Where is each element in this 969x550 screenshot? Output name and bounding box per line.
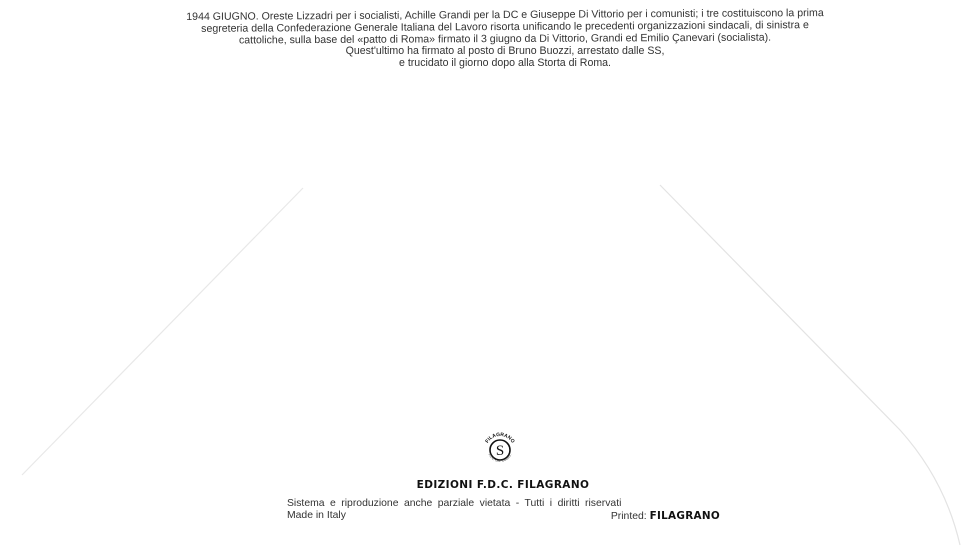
logo-letter: S (496, 443, 504, 459)
printed-brand: FILAGRANO (650, 510, 720, 522)
printed-by: Printed: FILAGRANO (611, 510, 720, 522)
caption-line: Quest'ultimo ha firmato al posto di Brun… (110, 45, 900, 57)
made-in-label: Made in Italy (287, 510, 346, 521)
rights-notice: Sistema e riproduzione anche parziale vi… (287, 498, 720, 509)
printed-label: Printed: (611, 511, 647, 522)
caption-line: e trucidato il giorno dopo alla Storta d… (110, 57, 900, 69)
publisher-name: EDIZIONI F.D.C. FILAGRANO (286, 479, 720, 491)
filagrano-s-seal-icon: S FILAGRANO F.D.C. CAL. COLLEZ. (480, 430, 520, 470)
historical-caption: 1944 GIUGNO. Oreste Lizzadri per i socia… (110, 9, 900, 69)
